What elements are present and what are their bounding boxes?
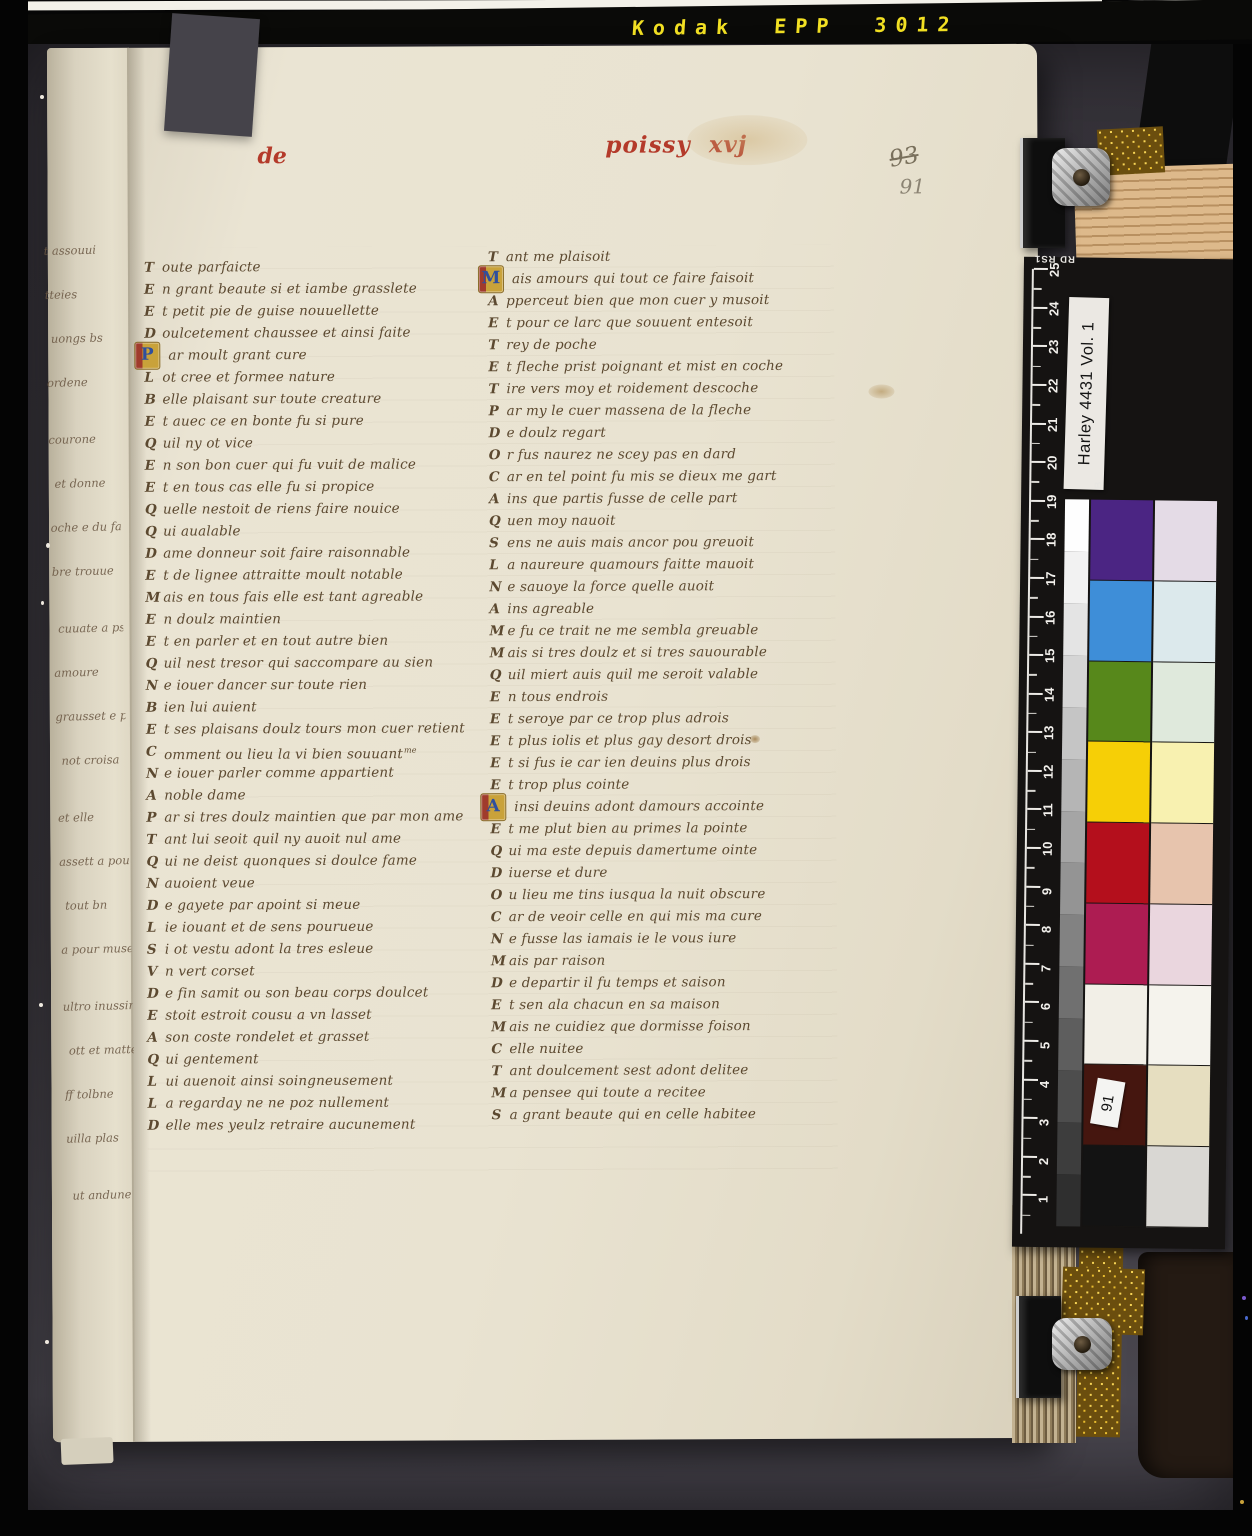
verse-initial-letter: E bbox=[490, 818, 508, 840]
ruler-tick: 4 bbox=[1024, 1079, 1058, 1118]
verse-initial-letter: Q bbox=[147, 1049, 165, 1071]
ruler-tick-minor bbox=[1031, 481, 1039, 483]
verse-initial-letter: N bbox=[146, 763, 164, 785]
spine-text-fragment: not croisa bbox=[61, 753, 126, 768]
spine-text-fragment: ultro inussime bbox=[63, 999, 133, 1014]
verse-text: uil ny ot vice bbox=[163, 432, 253, 454]
verse-text: t auec ce en bonte fu si pure bbox=[163, 410, 364, 433]
color-patch-black bbox=[1082, 1146, 1145, 1228]
ruler-tick-minor bbox=[1028, 751, 1036, 753]
verse-text: n tous endrois bbox=[508, 686, 609, 708]
verse-initial-letter: T bbox=[491, 1060, 509, 1082]
verse-text: noble dame bbox=[164, 784, 246, 806]
verse-line: Apperceut bien que mon cuer y musoit bbox=[488, 289, 824, 312]
verse-text: elle plaisant sur toute creature bbox=[162, 388, 381, 411]
verse-initial-letter: M bbox=[491, 950, 509, 972]
verse-text: ant lui seoit quil ny auoit nul ame bbox=[164, 828, 401, 851]
verse-initial-letter: C bbox=[491, 1038, 509, 1060]
color-patch-green bbox=[1088, 661, 1151, 743]
verse-initial-letter: D bbox=[491, 972, 509, 994]
verse-line: Ne iouer dancer sur toute rien bbox=[146, 673, 482, 696]
film-brand-label: Kodak EPP 3012 bbox=[631, 12, 959, 40]
verse-line: Lie iouant et de sens pourueue bbox=[147, 915, 483, 938]
verse-text: stoit estroit cousu a vn lasset bbox=[165, 1004, 372, 1027]
verse-line: Dame donneur soit faire raisonnable bbox=[145, 541, 481, 564]
verse-line: De gayete par apoint si meue bbox=[147, 893, 483, 916]
pale-patch-blue bbox=[1153, 581, 1216, 663]
verse-initial-letter: C bbox=[489, 466, 507, 488]
verse-text: uen moy nauoit bbox=[507, 510, 616, 532]
spine-text-fragment: grausset e py bbox=[55, 709, 125, 724]
verse-text: ar my le cuer massena de la fleche bbox=[507, 399, 752, 422]
verse-initial-letter: A bbox=[489, 598, 507, 620]
pale-patch-green bbox=[1152, 662, 1215, 744]
verse-line: Ou lieu me tins iusqua la nuit obscure bbox=[491, 883, 827, 906]
verse-text: n grant beaute si et iambe grasslete bbox=[162, 278, 417, 301]
gray-step-patch bbox=[1061, 811, 1086, 863]
verse-initial-letter: E bbox=[145, 455, 163, 477]
verse-text: e fu ce trait ne me sembla greuable bbox=[507, 619, 758, 642]
verse-line: Lot cree et formee nature bbox=[144, 365, 480, 388]
gray-step-patch bbox=[1063, 603, 1088, 655]
verse-initial-letter: E bbox=[147, 1005, 165, 1027]
verse-text: n son bon cuer qui fu vuit de malice bbox=[163, 454, 416, 477]
verse-line: Et pour ce larc que souuent entesoit bbox=[488, 311, 824, 334]
ruler-number: 2 bbox=[1036, 1158, 1051, 1165]
verse-initial-letter: T bbox=[488, 378, 506, 400]
verse-text: ui gentement bbox=[165, 1048, 258, 1070]
verse-text: ui auenoit ainsi soingneusement bbox=[165, 1070, 393, 1093]
verse-text: ien lui auient bbox=[164, 696, 257, 718]
verse-text: e fusse las iamais ie le vous iure bbox=[509, 927, 737, 950]
ruler-tick-minor bbox=[1028, 790, 1036, 792]
gray-step-patch bbox=[1061, 759, 1086, 811]
holding-strap-top bbox=[164, 13, 260, 137]
ruler-tick-minor bbox=[1030, 558, 1038, 560]
ruler-number: 9 bbox=[1039, 887, 1054, 894]
verse-text: ais en tous fais elle est tant agreable bbox=[163, 586, 423, 609]
verse-initial-letter: Q bbox=[490, 840, 508, 862]
verse-line: A noble dame bbox=[146, 783, 482, 806]
ruler-tick-minor bbox=[1034, 288, 1042, 290]
verse-line: Tant me plaisoit bbox=[488, 245, 824, 268]
pale-patch-yellow bbox=[1151, 743, 1214, 825]
ruler-tick: 11 bbox=[1027, 809, 1061, 848]
verse-text: elle mes yeulz retraire aucunement bbox=[166, 1114, 416, 1137]
verse-initial-letter: O bbox=[489, 444, 507, 466]
ruler-tick-minor bbox=[1025, 1022, 1033, 1024]
verse-text: iuerse et dure bbox=[509, 862, 608, 884]
verse-initial-letter: M bbox=[145, 587, 163, 609]
dust-speck bbox=[1245, 1316, 1248, 1320]
ruler-tick: 18 bbox=[1030, 539, 1064, 578]
ruler-number: 3 bbox=[1036, 1119, 1051, 1126]
verse-text: e doulz regart bbox=[507, 422, 606, 444]
verse-line: Quil ny ot vice bbox=[145, 431, 481, 454]
verse-text: uil nest tresor qui saccompare au sien bbox=[164, 651, 434, 674]
verse-line: En doulz maintien bbox=[145, 607, 481, 630]
verse-line: Qui ne deist quonques si doulce fame bbox=[146, 849, 482, 872]
verse-text: t pour ce larc que souuent entesoit bbox=[506, 311, 753, 334]
verse-line: Ains que partis fusse de celle part bbox=[489, 487, 825, 510]
verse-line: Et si fus ie car ien deuins plus drois bbox=[490, 751, 826, 774]
verse-initial-letter: Q bbox=[490, 664, 508, 686]
spine-text-fragment: tteies bbox=[45, 287, 115, 302]
spine-text-fragment: ut andune bbox=[72, 1188, 137, 1203]
verse-text: ins que partis fusse de celle part bbox=[507, 487, 738, 510]
verse-text: ire vers moy et roidement descoche bbox=[506, 377, 758, 400]
verse-line: Et auec ce en bonte fu si pure bbox=[145, 409, 481, 432]
spine-text-fragment: et elle bbox=[58, 810, 128, 825]
verse-line: Ma pensee qui toute a recitee bbox=[491, 1081, 827, 1104]
superscript-abbreviation: me bbox=[404, 746, 417, 755]
ruler-tick: 8 bbox=[1025, 925, 1059, 964]
verse-line: Et sen ala chacun en sa maison bbox=[491, 993, 827, 1016]
ruler-tick: 22 bbox=[1032, 385, 1066, 424]
ruler-tick: 9 bbox=[1026, 886, 1060, 925]
verse-initial-letter: E bbox=[145, 565, 163, 587]
verse-line: A son coste rondelet et grasset bbox=[147, 1025, 483, 1048]
ruler-number: 7 bbox=[1038, 965, 1053, 972]
verse-initial-letter: M bbox=[491, 1082, 509, 1104]
gray-step-patch bbox=[1056, 1174, 1081, 1226]
film-border-bottom bbox=[0, 1510, 1252, 1536]
verse-text: t petit pie de guise nouuellette bbox=[162, 300, 379, 323]
spine-text-fragment: a pour muset bbox=[61, 942, 131, 957]
verse-line: Toute parfaicte bbox=[144, 255, 480, 278]
verse-initial-letter: D bbox=[148, 1115, 166, 1137]
pale-patch-dark-maroon bbox=[1147, 1066, 1210, 1148]
verse-initial-letter: C bbox=[146, 741, 164, 763]
verse-text: n vert corset bbox=[165, 960, 255, 982]
color-patch-blue bbox=[1089, 580, 1152, 662]
clamp-eyelet-bottom bbox=[1052, 1318, 1112, 1370]
verse-line: De doulz regart bbox=[489, 421, 825, 444]
verse-line: Et seroye par ce trop plus adrois bbox=[490, 707, 826, 730]
spine-text-fragment: uongs bs bbox=[51, 331, 116, 346]
verse-text: oute parfaicte bbox=[162, 256, 261, 278]
verse-line: En grant beaute si et iambe grasslete bbox=[144, 277, 480, 300]
verse-line: Quelle nestoit de riens faire nouice bbox=[145, 497, 481, 520]
ruler-tick-minor bbox=[1027, 867, 1035, 869]
verse-initial-letter: D bbox=[147, 983, 165, 1005]
verse-line: Et de lignee attraitte moult notable bbox=[145, 563, 481, 586]
folio-sticker-text: 91 bbox=[1098, 1093, 1118, 1112]
verse-text: ot cree et formee nature bbox=[162, 366, 335, 389]
verse-initial-letter: Q bbox=[146, 851, 164, 873]
verse-text: e iouer parler comme appartient bbox=[164, 762, 394, 785]
parchment-stain bbox=[868, 384, 894, 398]
ruler-tick-minor bbox=[1029, 674, 1037, 676]
verse-text: i ot vestu adont la tres esleue bbox=[165, 938, 374, 961]
verse-line: La naureure quamours faitte mauoit bbox=[489, 553, 825, 576]
verse-initial-letter: M bbox=[489, 620, 507, 642]
verse-line: Et fleche prist poignant et mist en coch… bbox=[488, 355, 824, 378]
verse-initial-letter: D bbox=[147, 895, 165, 917]
verse-initial-letter: Q bbox=[146, 653, 164, 675]
verse-text: ar moult grant cure bbox=[168, 344, 307, 367]
verse-text: ie iouant et de sens pourueue bbox=[165, 916, 374, 939]
verse-initial-letter: B bbox=[144, 389, 162, 411]
ruler-tick: 15 bbox=[1029, 655, 1063, 694]
verse-line: Qui ma este depuis damertume ointe bbox=[490, 839, 826, 862]
verse-initial-letter: L bbox=[147, 1071, 165, 1093]
verse-text: t si fus ie car ien deuins plus drois bbox=[508, 751, 751, 774]
spine-text-fragment: cuuate a psir bbox=[58, 621, 123, 636]
ruler-tick: 25 bbox=[1033, 269, 1067, 308]
dust-speck bbox=[1242, 1296, 1246, 1300]
verse-line: Qui gentement bbox=[147, 1047, 483, 1070]
gray-step-patch bbox=[1058, 1018, 1083, 1070]
ruler-tick: 1 bbox=[1022, 1195, 1056, 1234]
eyelet-hole bbox=[1074, 1336, 1091, 1353]
ruler-tick-minor bbox=[1029, 636, 1037, 638]
ruler-number: 1 bbox=[1035, 1196, 1050, 1203]
verse-initial-letter: D bbox=[145, 543, 163, 565]
verse-initial-letter: E bbox=[146, 631, 164, 653]
ruler-tick: 17 bbox=[1030, 578, 1064, 617]
verse-initial-letter: M bbox=[491, 1016, 509, 1038]
ruler-tick-minor bbox=[1026, 906, 1034, 908]
verse-line: Quen moy nauoit bbox=[489, 509, 825, 532]
verse-initial-letter: E bbox=[488, 356, 506, 378]
ruler-tick-minor bbox=[1031, 520, 1039, 522]
verse-initial-letter: C bbox=[491, 906, 509, 928]
pale-patch-white bbox=[1148, 985, 1211, 1067]
verse-initial-letter: B bbox=[146, 697, 164, 719]
ruler-tick: 5 bbox=[1024, 1041, 1058, 1080]
verse-line: Tant doulcement sest adont delitee bbox=[491, 1059, 827, 1082]
verse-text: t ses plaisans doulz tours mon cuer reti… bbox=[164, 717, 465, 740]
ruler-tick-minor bbox=[1027, 829, 1035, 831]
verse-line: En son bon cuer qui fu vuit de malice bbox=[145, 453, 481, 476]
verse-line: Et plus iolis et plus gay desort drois bbox=[490, 729, 826, 752]
verse-text: t fleche prist poignant et mist en coche bbox=[506, 355, 783, 378]
color-patch-crimson bbox=[1085, 903, 1148, 985]
verse-initial-letter: T bbox=[488, 334, 506, 356]
ruler-tick-minor bbox=[1024, 1060, 1032, 1062]
spine-text-fragment: uilla plas bbox=[66, 1131, 136, 1146]
verse-text: a grant beaute qui en celle habitee bbox=[510, 1103, 757, 1126]
verse-text: ame donneur soit faire raisonnable bbox=[163, 542, 410, 565]
verse-line: Ains agreable bbox=[489, 597, 825, 620]
verse-line: Estoit estroit cousu a vn lasset bbox=[147, 1003, 483, 1026]
spine-text-fragment: ott et matte bbox=[69, 1043, 134, 1058]
spine-text-fragment: bre trouue bbox=[52, 564, 122, 579]
parchment-stain bbox=[687, 115, 807, 166]
verse-text: r fus naurez ne scey pas en dard bbox=[507, 443, 736, 466]
verse-line: Ne sauoye la force quelle auoit bbox=[489, 575, 825, 598]
verse-text: pperceut bien que mon cuer y musoit bbox=[506, 289, 769, 312]
verse-initial-letter: E bbox=[491, 994, 509, 1016]
verse-line: Mais en tous fais elle est tant agreable bbox=[145, 585, 481, 608]
verse-initial-letter: S bbox=[147, 939, 165, 961]
gray-step-patch bbox=[1063, 655, 1088, 707]
shelfmark-text: Harley 4431 Vol. 1 bbox=[1075, 321, 1098, 465]
verse-initial-letter: E bbox=[145, 609, 163, 631]
verse-line: Et ses plaisans doulz tours mon cuer ret… bbox=[146, 717, 482, 740]
verse-initial-letter: Q bbox=[145, 499, 163, 521]
verse-text: e sauoye la force quelle auoit bbox=[507, 575, 714, 598]
verse-initial-letter: S bbox=[492, 1104, 510, 1126]
ruler-tick: 13 bbox=[1028, 732, 1062, 771]
illuminated-initial: M bbox=[478, 265, 504, 293]
running-header-mark: de bbox=[257, 143, 287, 169]
ruler-caption: RD RS1 bbox=[1034, 253, 1075, 264]
gray-step-patch bbox=[1064, 551, 1089, 603]
ruler-tick-minor bbox=[1023, 1176, 1031, 1178]
verse-text: uil miert auis quil me seroit valable bbox=[508, 663, 759, 686]
verse-initial-letter: S bbox=[489, 532, 507, 554]
spine-text-fragment: courone bbox=[48, 432, 118, 447]
verse-text: ais ne cuidiez que dormisse foison bbox=[509, 1015, 751, 1038]
verse-text: ant me plaisoit bbox=[506, 246, 611, 268]
ruler-tick: 2 bbox=[1023, 1157, 1057, 1196]
verse-text: ar si tres doulz maintien que par mon am… bbox=[164, 805, 463, 828]
gray-step-patch bbox=[1064, 499, 1089, 551]
color-patch-purple bbox=[1090, 500, 1153, 582]
running-header-word: poissy bbox=[605, 131, 691, 158]
ruler-number: 6 bbox=[1038, 1003, 1053, 1010]
verse-text: oulcetement chaussee et ainsi faite bbox=[162, 322, 411, 345]
verse-initial-letter: E bbox=[490, 686, 508, 708]
ruler-tick: 10 bbox=[1026, 848, 1060, 887]
verse-line: La regarday ne ne poz nullement bbox=[148, 1091, 484, 1114]
verse-text: rey de poche bbox=[506, 334, 597, 356]
dust-speck bbox=[39, 1003, 43, 1007]
verse-text: insi deuins adont damours accointe bbox=[514, 795, 764, 818]
gray-step-patch bbox=[1057, 1070, 1082, 1122]
verse-line: De departir il fu temps et saison bbox=[491, 971, 827, 994]
verse-initial-letter: E bbox=[488, 312, 506, 334]
ruler-number: 4 bbox=[1037, 1080, 1052, 1087]
verse-line: Delle mes yeulz retraire aucunement bbox=[148, 1113, 484, 1136]
verse-initial-letter: E bbox=[490, 752, 508, 774]
verse-initial-letter: Q bbox=[489, 510, 507, 532]
parchment-stain bbox=[750, 735, 760, 743]
color-calibration-bar: 1234567891011121314151617181920212223242… bbox=[1012, 257, 1237, 1250]
verse-line: En tous endrois bbox=[490, 685, 826, 708]
ruler-tick: 16 bbox=[1029, 616, 1063, 655]
manuscript-page: t assouuitteiesuongs bsordenecouroneet d… bbox=[47, 44, 1043, 1442]
verse-line: Mais si tres doulz et si tres sauourable bbox=[490, 641, 826, 664]
verse-text: ens ne auis mais ancor pou greuoit bbox=[507, 531, 754, 554]
verse-line: Et en tous cas elle fu si propice bbox=[145, 475, 481, 498]
verse-line: Et en parler et en tout autre bien bbox=[146, 629, 482, 652]
verse-line: Diuerse et dure bbox=[491, 861, 827, 884]
verse-line: Qui aualable bbox=[145, 519, 481, 542]
ruler-tick-minor bbox=[1024, 1099, 1032, 1101]
verse-line: Et trop plus cointe bbox=[490, 773, 826, 796]
pale-patches bbox=[1146, 500, 1217, 1228]
verse-text: elle nuitee bbox=[509, 1038, 583, 1060]
verse-text: ui ne deist quonques si doulce fame bbox=[164, 850, 417, 873]
verse-text: t sen ala chacun en sa maison bbox=[509, 993, 720, 1016]
dust-speck bbox=[45, 1340, 49, 1344]
verse-initial-letter: A bbox=[489, 488, 507, 510]
verse-text: t trop plus cointe bbox=[508, 774, 629, 797]
verse-initial-letter: T bbox=[144, 257, 162, 279]
verse-text: son coste rondelet et grasset bbox=[165, 1026, 369, 1049]
ruler-number: 25 bbox=[1047, 263, 1062, 278]
photograph-frame: Kodak EPP 3012 t assouuitteiesuongs bsor… bbox=[0, 0, 1252, 1536]
verse-line: Ne iouer parler comme appartient bbox=[146, 761, 482, 784]
text-column-a: Toute parfaicteEn grant beaute si et iam… bbox=[144, 255, 484, 1136]
color-patch-white bbox=[1084, 984, 1147, 1066]
page-edge-bottom bbox=[61, 1437, 114, 1465]
ruler-tick: 20 bbox=[1031, 462, 1065, 501]
verse-initial-letter: A bbox=[147, 1027, 165, 1049]
text-column-b: Tant me plaisoitMais amours qui tout ce … bbox=[488, 245, 828, 1126]
verse-initial-letter: L bbox=[147, 917, 165, 939]
verse-text: ais si tres doulz et si tres sauourable bbox=[508, 641, 768, 664]
spine-text-fragment: ff tolbne bbox=[65, 1087, 135, 1102]
verse-text: ui ma este depuis damertume ointe bbox=[508, 839, 757, 862]
verse-text: ais par raison bbox=[509, 950, 605, 972]
verse-line: Doulcetement chaussee et ainsi faite bbox=[144, 321, 480, 344]
ruler-tick: 3 bbox=[1023, 1118, 1057, 1157]
verse-line: Par si tres doulz maintien que par mon a… bbox=[146, 805, 482, 828]
verse-text: t en parler et en tout autre bien bbox=[164, 630, 389, 653]
illuminated-initial: A bbox=[480, 793, 506, 821]
dust-speck bbox=[40, 95, 44, 99]
verse-text: ins agreable bbox=[507, 598, 594, 620]
film-border-right bbox=[1233, 44, 1252, 1536]
verse-line: Nauoient veue bbox=[147, 871, 483, 894]
verse-initial-letter: N bbox=[491, 928, 509, 950]
verse-text: auoient veue bbox=[165, 872, 255, 894]
verse-text: e gayete par apoint si meue bbox=[165, 894, 361, 917]
verse-initial-letter: V bbox=[147, 961, 165, 983]
spine-text-fragment: ordene bbox=[47, 375, 117, 390]
verse-text: a naureure quamours faitte mauoit bbox=[507, 553, 754, 576]
dust-speck bbox=[41, 601, 44, 605]
verse-line: Belle plaisant sur toute creature bbox=[144, 387, 480, 410]
ruler-number: 5 bbox=[1037, 1042, 1052, 1049]
verse-initial-letter: E bbox=[490, 708, 508, 730]
spine-text-fragment: amoure bbox=[54, 665, 124, 680]
verse-line: Or fus naurez ne scey pas en dard bbox=[489, 443, 825, 466]
verse-text: ar en tel point fu mis se dieux me gart bbox=[507, 465, 777, 488]
spine-text-fragment: tout bn bbox=[65, 898, 130, 913]
verse-text: ant doulcement sest adont delitee bbox=[509, 1059, 748, 1082]
verse-line: Mais ne cuidiez que dormisse foison bbox=[491, 1015, 827, 1038]
spine-text-fragment: t assouui bbox=[43, 243, 113, 258]
verse-initial-letter: N bbox=[147, 873, 165, 895]
verse-text: u lieu me tins iusqua la nuit obscure bbox=[509, 883, 766, 906]
color-patch-red bbox=[1086, 823, 1149, 905]
verse-line: Celle nuitee bbox=[491, 1037, 827, 1060]
verse-line: Vn vert corset bbox=[147, 959, 483, 982]
verse-line: Sens ne auis mais ancor pou greuoit bbox=[489, 531, 825, 554]
verse-line: Mais par raison bbox=[491, 949, 827, 972]
verse-initial-letter: L bbox=[144, 367, 162, 389]
gray-step-patch bbox=[1062, 707, 1087, 759]
verse-line: Me fu ce trait ne me sembla greuable bbox=[489, 619, 825, 642]
verse-initial-letter: L bbox=[489, 554, 507, 576]
verse-initial-letter: E bbox=[146, 719, 164, 741]
verse-initial-letter: E bbox=[145, 411, 163, 433]
ruler-tick-minor bbox=[1032, 404, 1040, 406]
verse-line: Car en tel point fu mis se dieux me gart bbox=[489, 465, 825, 488]
ruler-tick: 12 bbox=[1027, 771, 1061, 810]
verse-line: Si ot vestu adont la tres esleue bbox=[147, 937, 483, 960]
pale-patch-red bbox=[1150, 823, 1213, 905]
ruler-tick-minor bbox=[1032, 443, 1040, 445]
verse-initial-letter: N bbox=[146, 675, 164, 697]
verse-text: a regarday ne ne poz nullement bbox=[166, 1092, 390, 1115]
verse-initial-letter: D bbox=[489, 422, 507, 444]
